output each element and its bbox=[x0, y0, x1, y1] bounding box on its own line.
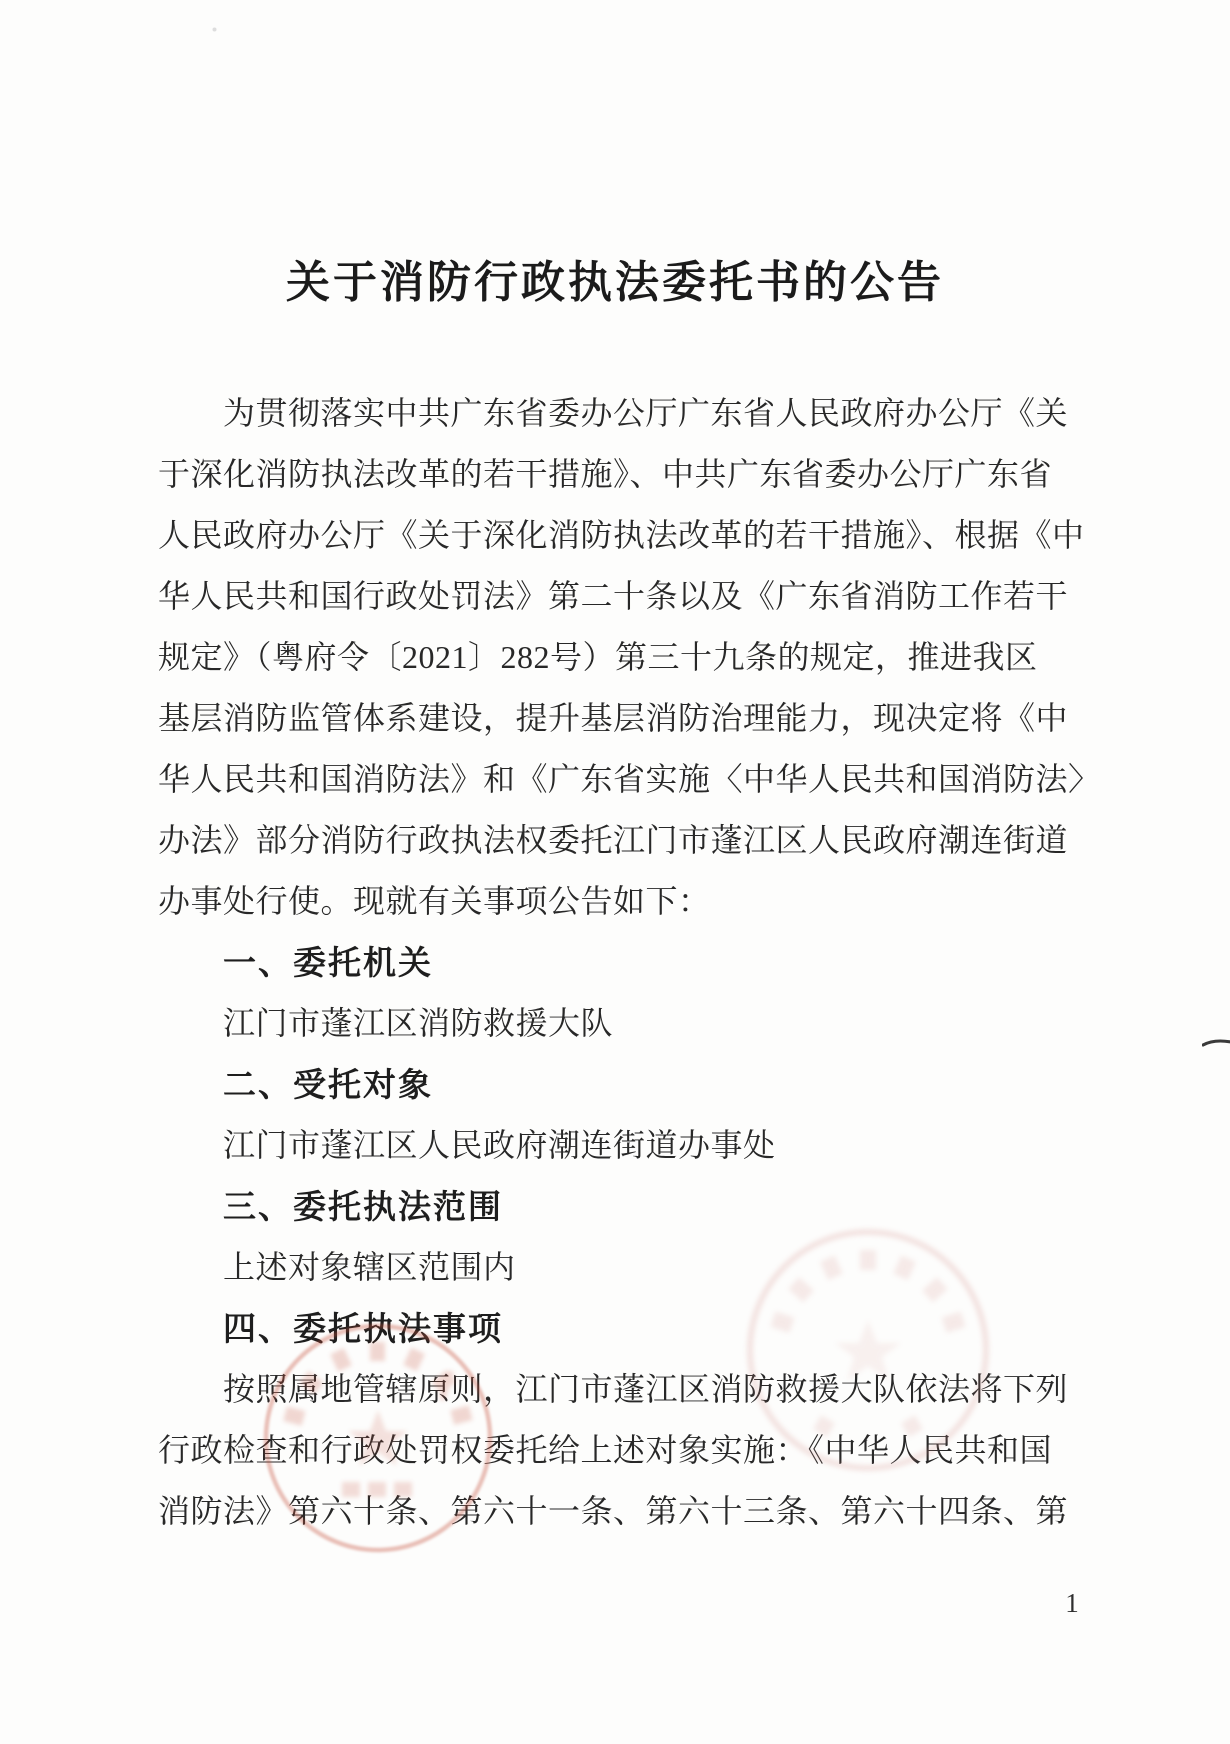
text-block: 为贯彻落实中共广东省委办公厅广东省人民政府办公厅《关于深化消防执法改革的若干措施… bbox=[158, 383, 1098, 1542]
document-title: 关于消防行政执法委托书的公告 bbox=[0, 246, 1230, 310]
scanned-document-page: 关于消防行政执法委托书的公告 为贯彻落实中共广东省委办公厅广东省人民政府办公厅《… bbox=[0, 0, 1230, 1744]
text-line: 为贯彻落实中共广东省委办公厅广东省人民政府办公厅《关 bbox=[158, 383, 1098, 444]
text-line: 华人民共和国行政处罚法》第二十条以及《广东省消防工作若干 bbox=[158, 566, 1098, 627]
text-line: 办事处行使。现就有关事项公告如下： bbox=[158, 871, 1098, 932]
section-heading: 一、委托机关 bbox=[158, 932, 1098, 993]
text-line: 基层消防监管体系建设，提升基层消防治理能力，现决定将《中 bbox=[158, 688, 1098, 749]
text-line: 华人民共和国消防法》和《广东省实施〈中华人民共和国消防法〉 bbox=[158, 749, 1098, 810]
text-line: 按照属地管辖原则，江门市蓬江区消防救援大队依法将下列 bbox=[158, 1359, 1098, 1420]
text-line: 行政检查和行政处罚权委托给上述对象实施：《中华人民共和国 bbox=[158, 1420, 1098, 1481]
text-line: 于深化消防执法改革的若干措施》、中共广东省委办公厅广东省 bbox=[158, 444, 1098, 505]
text-line: 江门市蓬江区消防救援大队 bbox=[158, 993, 1098, 1054]
scan-edge-mark-stroke bbox=[1203, 1041, 1230, 1045]
text-line: 规定》（粤府令〔2021〕282号）第三十九条的规定，推进我区 bbox=[158, 627, 1098, 688]
page-number: 1 bbox=[1052, 1588, 1092, 1619]
section-heading: 三、委托执法范围 bbox=[158, 1176, 1098, 1237]
text-line: 上述对象辖区范围内 bbox=[158, 1237, 1098, 1298]
text-line: 消防法》第六十条、第六十一条、第六十三条、第六十四条、第 bbox=[158, 1481, 1098, 1542]
scan-speck bbox=[212, 19, 217, 24]
text-line: 江门市蓬江区人民政府潮连街道办事处 bbox=[158, 1115, 1098, 1176]
section-heading: 四、委托执法事项 bbox=[158, 1298, 1098, 1359]
text-line: 人民政府办公厅《关于深化消防执法改革的若干措施》、根据《中 bbox=[158, 505, 1098, 566]
section-heading: 二、受托对象 bbox=[158, 1054, 1098, 1115]
scan-edge-mark bbox=[1202, 1036, 1230, 1048]
text-line: 办法》部分消防行政执法权委托江门市蓬江区人民政府潮连街道 bbox=[158, 810, 1098, 871]
scan-speck-dot bbox=[213, 28, 217, 32]
